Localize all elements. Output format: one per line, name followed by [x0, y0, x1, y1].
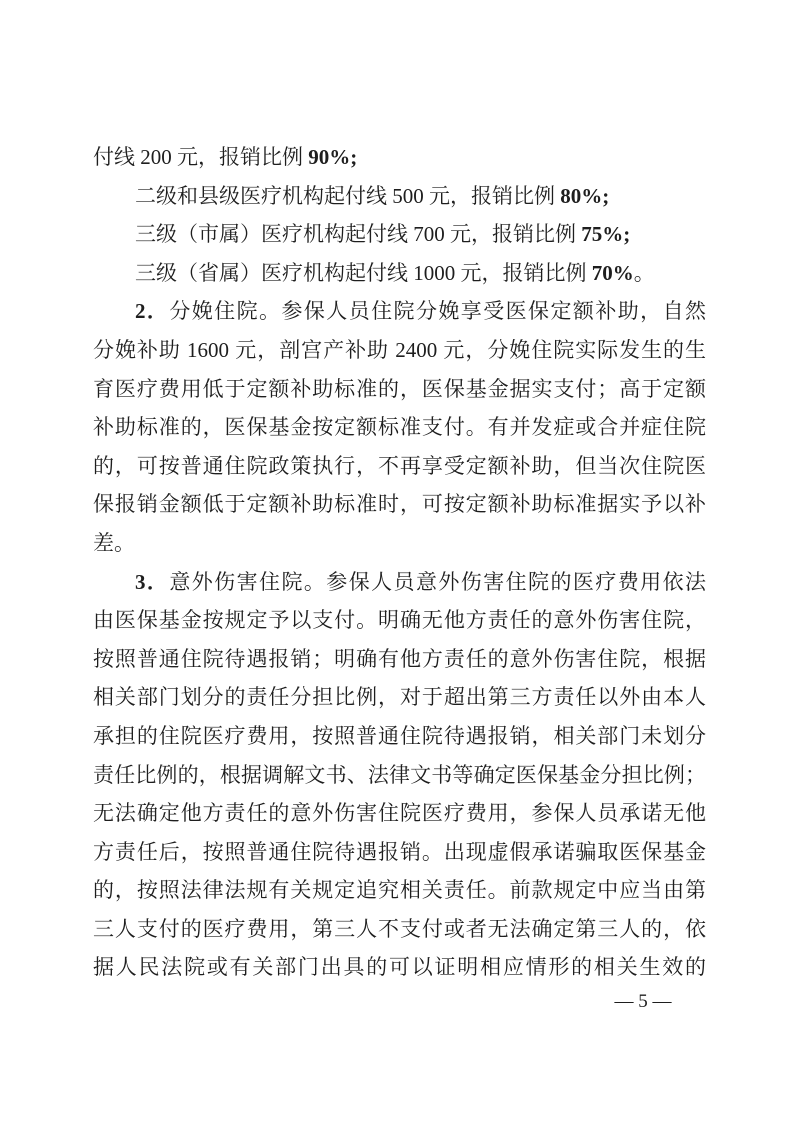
text-segment: 补助标准的，医保基金按定额标准支付。有并发症或合并症住院: [93, 415, 706, 439]
text-segment-bold: 75%;: [581, 222, 630, 246]
text-segment: 方责任后，按照普通住院待遇报销。出现虚假承诺骗取医保基金: [93, 840, 706, 864]
text-line: 的，可按普通住院政策执行，不再享受定额补助，但当次住院医: [93, 447, 706, 486]
text-line: 由医保基金按规定予以支付。明确无他方责任的意外伤害住院，: [93, 601, 706, 640]
text-segment-bold: 70%: [592, 261, 634, 285]
text-line: 育医疗费用低于定额补助标准的，医保基金据实支付；高于定额: [93, 370, 706, 409]
text-line: 3．意外伤害住院。参保人员意外伤害住院的医疗费用依法: [93, 563, 706, 602]
text-segment: 承担的住院医疗费用，按照普通住院待遇报销，相关部门未划分: [93, 724, 706, 748]
text-segment: 分娩补助 1600 元，剖宫产补助 2400 元，分娩住院实际发生的生: [93, 338, 706, 362]
text-line: 方责任后，按照普通住院待遇报销。出现虚假承诺骗取医保基金: [93, 833, 706, 872]
text-segment: 付线 200 元，报销比例: [93, 145, 308, 169]
text-segment-bold: 90%;: [308, 145, 357, 169]
text-segment: 无法确定他方责任的意外伤害住院医疗费用，参保人员承诺无他: [93, 801, 706, 825]
text-line: 二级和县级医疗机构起付线 500 元，报销比例 80%;: [93, 177, 706, 216]
text-line: 三人支付的医疗费用，第三人不支付或者无法确定第三人的，依: [93, 910, 706, 949]
text-segment: 责任比例的，根据调解文书、法律文书等确定医保基金分担比例；: [93, 763, 706, 787]
text-line: 2．分娩住院。参保人员住院分娩享受医保定额补助，自然: [93, 292, 706, 331]
document-page: { "page": { "background_color": "#ffffff…: [0, 0, 794, 1122]
text-segment: 由医保基金按规定予以支付。明确无他方责任的意外伤害住院，: [93, 608, 706, 632]
text-segment: 。: [634, 261, 655, 285]
text-segment: 的，按照法律法规有关规定追究相关责任。前款规定中应当由第: [93, 878, 706, 902]
text-line: 保报销金额低于定额补助标准时，可按定额补助标准据实予以补: [93, 485, 706, 524]
text-line: 按照普通住院待遇报销；明确有他方责任的意外伤害住院，根据: [93, 640, 706, 679]
text-segment: 三级（省属）医疗机构起付线 1000 元，报销比例: [135, 261, 592, 285]
text-segment: 三级（市属）医疗机构起付线 700 元，报销比例: [135, 222, 581, 246]
text-line: 分娩补助 1600 元，剖宫产补助 2400 元，分娩住院实际发生的生: [93, 331, 706, 370]
document-body: 付线 200 元，报销比例 90%;二级和县级医疗机构起付线 500 元，报销比…: [93, 138, 706, 987]
text-line: 差。: [93, 524, 706, 563]
text-segment-bold: 2．: [135, 299, 169, 323]
text-line: 的，按照法律法规有关规定追究相关责任。前款规定中应当由第: [93, 871, 706, 910]
text-line: 据人民法院或有关部门出具的可以证明相应情形的相关生效的: [93, 948, 706, 987]
text-segment: 的，可按普通住院政策执行，不再享受定额补助，但当次住院医: [93, 454, 706, 478]
text-segment: 相关部门划分的责任分担比例，对于超出第三方责任以外由本人: [93, 685, 706, 709]
text-segment-bold: 80%;: [560, 184, 609, 208]
text-segment-bold: 3．: [135, 570, 169, 594]
text-segment: 三人支付的医疗费用，第三人不支付或者无法确定第三人的，依: [93, 917, 706, 941]
text-line: 无法确定他方责任的意外伤害住院医疗费用，参保人员承诺无他: [93, 794, 706, 833]
text-line: 补助标准的，医保基金按定额标准支付。有并发症或合并症住院: [93, 408, 706, 447]
text-line: 三级（市属）医疗机构起付线 700 元，报销比例 75%;: [93, 215, 706, 254]
page-number: — 5 —: [598, 986, 688, 1018]
text-segment: 保报销金额低于定额补助标准时，可按定额补助标准据实予以补: [93, 492, 706, 516]
text-segment: 二级和县级医疗机构起付线 500 元，报销比例: [135, 184, 560, 208]
text-line: 相关部门划分的责任分担比例，对于超出第三方责任以外由本人: [93, 678, 706, 717]
text-line: 责任比例的，根据调解文书、法律文书等确定医保基金分担比例；: [93, 756, 706, 795]
text-segment: 分娩住院。参保人员住院分娩享受医保定额补助，自然: [169, 299, 706, 323]
text-line: 付线 200 元，报销比例 90%;: [93, 138, 706, 177]
text-segment: 意外伤害住院。参保人员意外伤害住院的医疗费用依法: [169, 570, 706, 594]
text-segment: 据人民法院或有关部门出具的可以证明相应情形的相关生效的: [93, 955, 706, 979]
text-segment: 差。: [93, 531, 135, 555]
text-segment: 按照普通住院待遇报销；明确有他方责任的意外伤害住院，根据: [93, 647, 706, 671]
text-line: 承担的住院医疗费用，按照普通住院待遇报销，相关部门未划分: [93, 717, 706, 756]
text-segment: 育医疗费用低于定额补助标准的，医保基金据实支付；高于定额: [93, 377, 706, 401]
text-line: 三级（省属）医疗机构起付线 1000 元，报销比例 70%。: [93, 254, 706, 293]
